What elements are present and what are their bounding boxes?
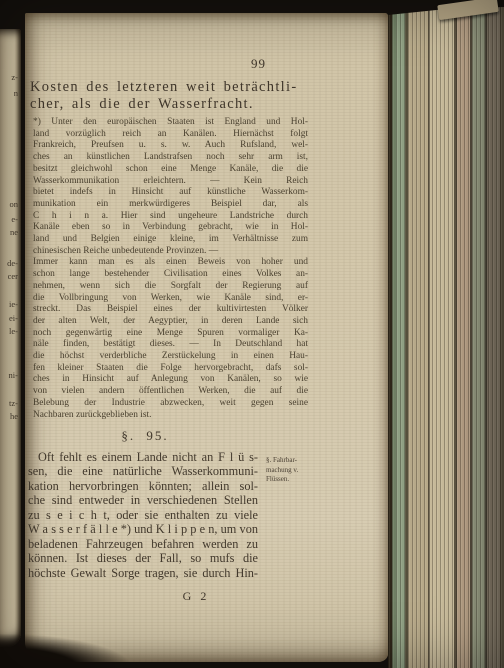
footnote-line: ches an künstlichen Landstrafsen noch se…: [33, 152, 308, 164]
page-number: 99: [251, 56, 266, 72]
footnote-line: bietet indefs in Hinsicht auf künstliche…: [33, 187, 308, 199]
footnote-line: nehmen, wenn sich die Sorgfalt der Regie…: [33, 281, 308, 293]
footnote-line: Belebung der Industrie abzwecken, weit g…: [33, 398, 308, 410]
footnote-line: die höchst verderbliche Zerstückelung in…: [33, 351, 308, 363]
footnote-line: *) Unter den europäischen Staaten ist En…: [33, 117, 308, 129]
footnote-line: chinesischen Reiche unbedeutende Provinz…: [33, 246, 308, 258]
facing-page-text-fragment: ni-: [9, 371, 18, 380]
facing-page-text-fragment: n: [14, 89, 18, 98]
paragraph-line: che sind entweder in verschiedenen Stell…: [28, 493, 258, 507]
heading-line-2: cher, als die der Wasserfracht.: [30, 96, 316, 113]
paragraph-line: höchste Gewalt Sorge tragen, sie durch H…: [28, 566, 258, 580]
facing-page-text-fragment: ie-: [9, 300, 18, 309]
footnote-line: streckt. Das Beispiel eines der kultivir…: [33, 304, 308, 316]
facing-page-text-fragment: he: [10, 412, 18, 421]
margin-note-line: machung v.: [266, 466, 326, 476]
margin-note: §. Fahrbar- machung v. Flüssen.: [266, 456, 326, 485]
book-fore-edge: [388, 7, 504, 668]
page-heading: Kosten des letzteren weit beträchtli- ch…: [30, 79, 316, 112]
paragraph-line: sen, die eine natürliche Wasserkommuni-: [28, 464, 258, 478]
facing-page-text-fragment: cer: [8, 272, 18, 281]
footnote-line: ches in Hinsicht auf Anlegung von Kanäle…: [33, 374, 308, 386]
footnote-line: Kanäle eben so in Verbindung gebracht, w…: [33, 222, 308, 234]
margin-note-line: §. Fahrbar-: [266, 456, 326, 466]
paragraph-line: W a s s e r f ä l l e *) und K l i p p e…: [28, 522, 258, 536]
facing-page-text-fragment: tz-: [9, 399, 18, 408]
footnote-block: *) Unter den europäischen Staaten ist En…: [33, 117, 308, 421]
footnote-line: näle finden, bestätigt dieses. — In Deut…: [33, 339, 308, 351]
footnote-line: land vorzüglich reich an Kanälen. Hiernä…: [33, 129, 308, 141]
footnote-line: C h i n a. Hier sind ungeheure Landstric…: [33, 211, 308, 223]
facing-page-text-fragment: z-: [11, 73, 18, 82]
bottom-left-shadow: [0, 634, 130, 668]
facing-page-edge: z- n on e- ne de- cer ie- ei- le- ni- tz…: [0, 29, 21, 647]
footnote-line: der alten Welt, der Aegyptier, in deren …: [33, 316, 308, 328]
paragraph-line: können. Ist dieses der Fall, so mufs die: [28, 551, 258, 565]
footnote-line: munikation ein merkwürdigeres Beispiel d…: [33, 199, 308, 211]
footnote-line: fen kleiner Staaten die Folge hervorgebr…: [33, 363, 308, 375]
footnote-line: noch gegenwärtig eine Menge Spuren vorma…: [33, 328, 308, 340]
facing-page-text-fragment: ei-: [9, 314, 18, 323]
section-heading: §. 95.: [25, 428, 265, 444]
book-page: 99 Kosten des letzteren weit beträchtli-…: [25, 13, 388, 662]
facing-page-text-fragment: on: [10, 200, 19, 209]
facing-page-text-fragment: le-: [9, 327, 18, 336]
scanned-book-photo: z- n on e- ne de- cer ie- ei- le- ni- tz…: [0, 0, 504, 668]
footnote-line: besitzt gleichwohl schon eine Menge Kanä…: [33, 164, 308, 176]
footnote-line: land und Belgien einige kleine, im Verhä…: [33, 234, 308, 246]
paragraph-line: beladenen Fahrzeugen befahren werden zu: [28, 537, 258, 551]
footnote-line: von vielen andern öffentlichen Werken, d…: [33, 386, 308, 398]
footnote-line: schon lange bestehender Civilisation ein…: [33, 269, 308, 281]
margin-note-line: Flüssen.: [266, 475, 326, 485]
heading-line-1: Kosten des letzteren weit beträchtli-: [30, 79, 316, 96]
footnote-line: die Vollbringung von Werken, wie Kanäle …: [33, 293, 308, 305]
footnote-line: Nachbaren zurückgeblieben ist.: [33, 410, 308, 422]
facing-page-text-fragment: de-: [7, 259, 18, 268]
footnote-line: Frankreich, Preufsen u. s. w. Auch Rufsl…: [33, 140, 308, 152]
paragraph-line: kation hervorbringen könnten; allein sol…: [28, 479, 258, 493]
footnote-line: Immer kann man es als einen Beweis von h…: [33, 257, 308, 269]
facing-page-text-fragment: e-: [11, 215, 18, 224]
footnote-line: Wasserkommunikation erleichtern. — Kein …: [33, 176, 308, 188]
paragraph-line: zu s e i c h t, oder sie enthalten zu vi…: [28, 508, 258, 522]
main-paragraph: Oft fehlt es einem Lande nicht an F l ü …: [28, 450, 258, 580]
paragraph-line: Oft fehlt es einem Lande nicht an F l ü …: [28, 450, 258, 464]
signature-mark: G 2: [25, 589, 367, 604]
facing-page-text-fragment: ne: [10, 228, 18, 237]
